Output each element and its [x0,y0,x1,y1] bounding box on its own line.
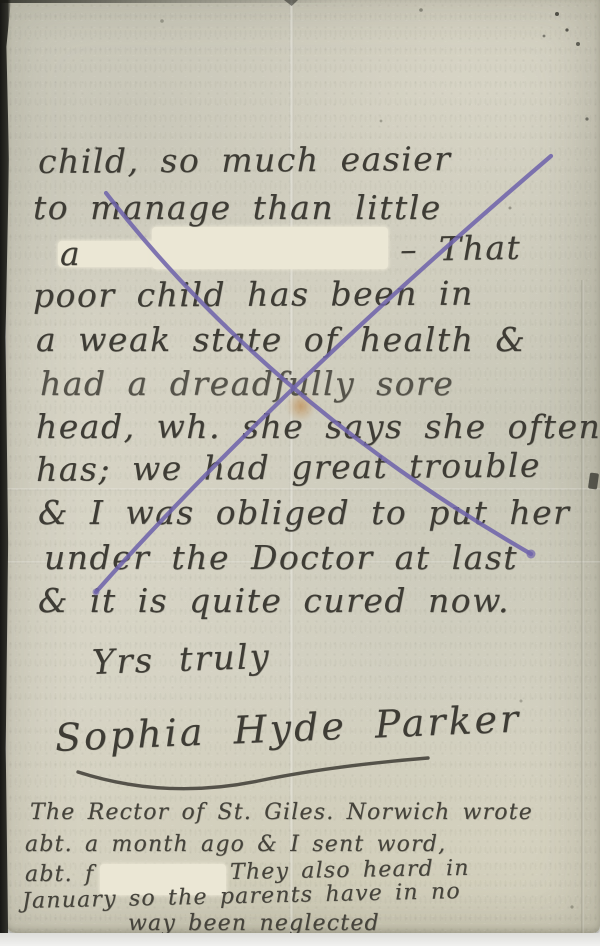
letter-line: a weak state of health & [36,320,526,359]
right-page-fold-line [581,280,584,933]
postscript-line: abt. a month ago & I sent word, [25,832,446,857]
letter-line-fragment: – That [400,228,522,269]
letter-scan: child, so much easier to manage than lit… [0,0,600,946]
letter-line: & I was obliged to put her [38,493,570,532]
letter-line: head, wh. she says she often [36,407,600,446]
postscript-line-fragment: abt. f [25,862,94,887]
letter-line: & it is quite cured now. [38,581,510,620]
closing-line: Yrs truly [91,637,271,683]
postscript-line: The Rector of St. Giles. Norwich wrote [30,800,533,825]
letter-line: to manage than little [33,188,442,227]
letter-line: poor child has been in [33,274,474,315]
letter-line: child, so much easier [38,139,452,181]
letter-line: had a dreadfully sore [40,364,454,403]
scanner-background-strip [0,933,600,946]
redaction-patch [152,227,388,269]
letter-line-fragment: a [60,234,81,273]
letter-line: under the Doctor at last [44,538,518,577]
letter-line: has; we had great trouble [36,446,541,489]
